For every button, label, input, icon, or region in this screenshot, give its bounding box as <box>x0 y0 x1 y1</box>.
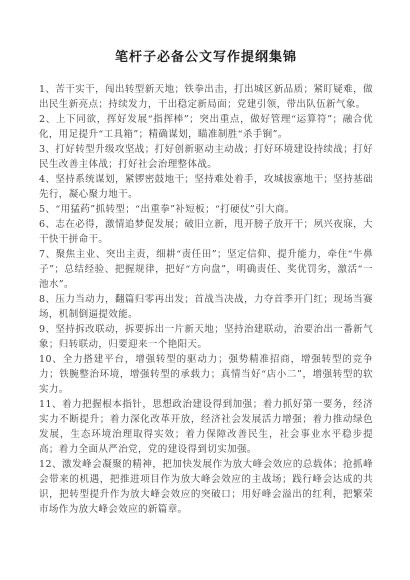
outline-item-11: 11、着力把握根本指针，思想政治建设得到加强；着力抓好第一要务，经济实力不断提升… <box>39 397 373 457</box>
outline-item-7: 7、聚焦主业、突出主责，细耕“责任田”；坚定信仰、提升能力，牵住“牛鼻子”；总结… <box>39 247 373 292</box>
document-title: 笔杆子必备公文写作提纲集锦 <box>39 46 373 65</box>
outline-item-12: 12、激发峰会凝聚的精神，把加快发展作为放大峰会效应的总载体；抢抓峰会带来的机遇… <box>39 457 373 517</box>
outline-item-8: 8、压力当动力，翻篇归零再出发；首战当决战，力夺首季开门红；现场当赛场，机制倒逼… <box>39 292 373 322</box>
outline-item-2: 2、上下同欲，挥好发展“指挥棒”；突出重点，做好管理“运算符”；融合优化，用足提… <box>39 112 373 142</box>
outline-item-6: 6、志在必得，激情追梦促发展；破旧立新，甩开膀子放开干；夙兴夜寐，大干快干拼命干… <box>39 217 373 247</box>
outline-item-9: 9、坚持拆改联动，拆要拆出一片新天地；坚持治建联动，治要治出一番新气象；归转联动… <box>39 322 373 352</box>
outline-item-5: 5、“用猛药”抓转型；“出重拳”补短板；“打硬仗”引大商。 <box>39 202 373 217</box>
outline-item-10: 10、全力搭建平台，增强转型的驱动力；强势精准招商，增强转型的竞争力；铁腕整治环… <box>39 352 373 397</box>
outline-item-4: 4、坚持系统谋划，紧锣密鼓地干；坚持难处着手，攻城拔寨地干；坚持基础先行，凝心聚… <box>39 172 373 202</box>
outline-item-3: 3、打好转型升级攻坚战；打好创新驱动主动战；打好环境建设持续战；打好民生改善主体… <box>39 142 373 172</box>
document-page: 笔杆子必备公文写作提纲集锦 1、苦干实干，闯出转型新天地；铁拳出击，打出城区新品… <box>0 0 410 580</box>
outline-item-1: 1、苦干实干，闯出转型新天地；铁拳出击，打出城区新品质；紧盯疑难，做出民生新亮点… <box>39 82 373 112</box>
